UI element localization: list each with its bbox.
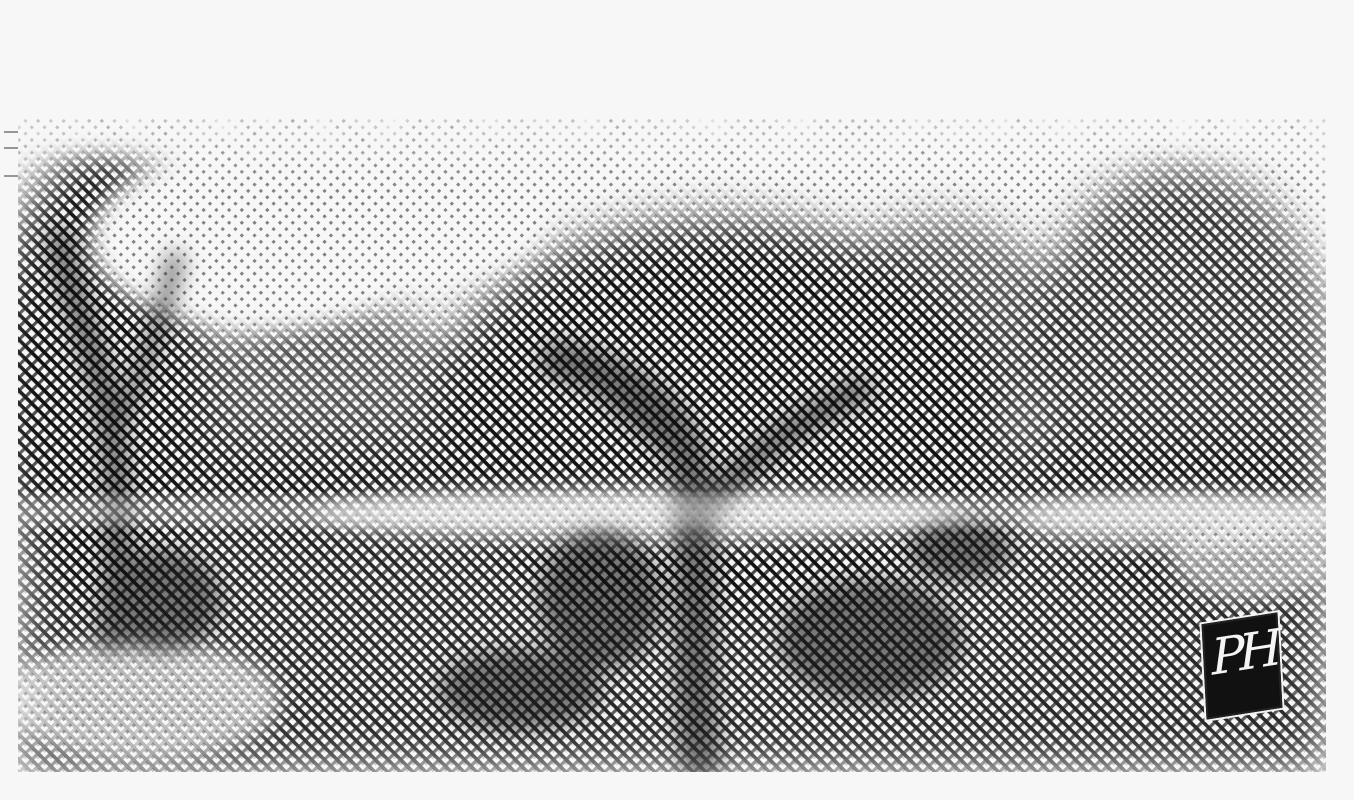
monogram-text: PH	[1210, 623, 1278, 683]
crosshatch-landscape	[0, 0, 1354, 800]
artist-monogram: PH	[1202, 612, 1283, 719]
